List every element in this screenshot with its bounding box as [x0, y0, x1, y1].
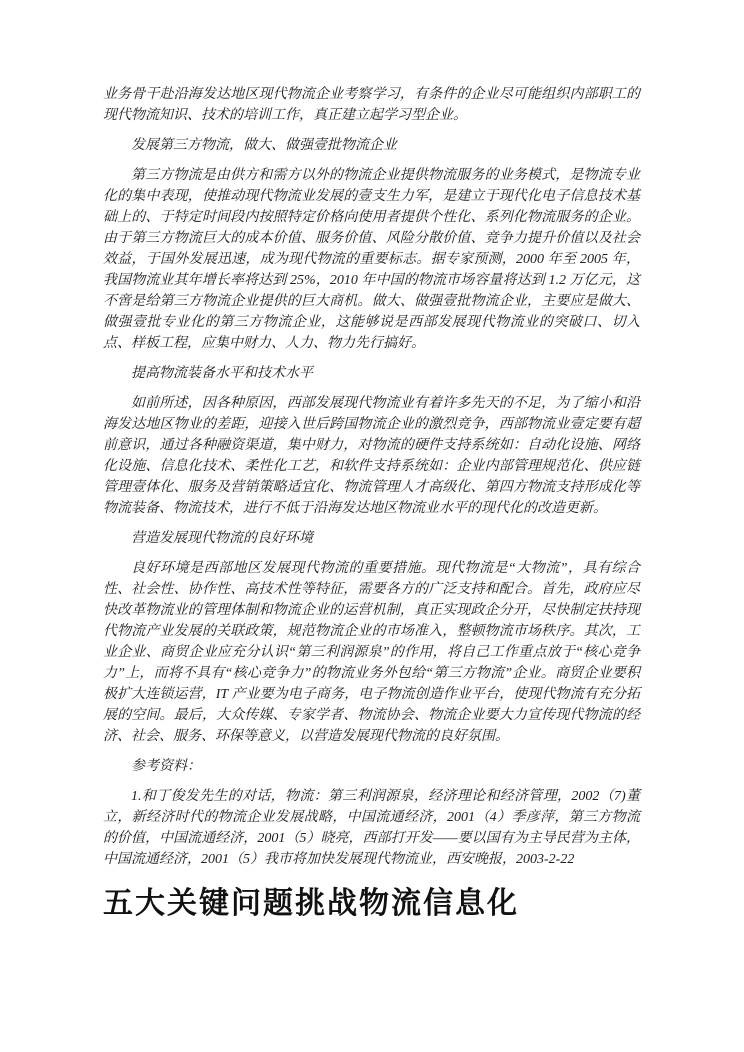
section-body-good-environment: 良好环境是西部地区发展现代物流的重要措施。现代物流是“大物流”，具有综合性、社会…	[103, 558, 640, 747]
section-heading-good-environment: 营造发展现代物流的良好环境	[103, 528, 640, 549]
section-body-third-party-logistics: 第三方物流是由供方和需方以外的物流企业提供物流服务的业务模式，是物流专业化的集中…	[103, 165, 640, 354]
section-heading-third-party-logistics: 发展第三方物流，做大、做强壹批物流企业	[103, 135, 640, 156]
section-heading-equipment-technology: 提高物流装备水平和技术水平	[103, 363, 640, 384]
section-heading-references: 参考资料：	[103, 756, 640, 777]
paragraph-continuation: 业务骨干赴沿海发达地区现代物流企业考察学习，有条件的企业尽可能组织内部职工的现代…	[103, 84, 640, 126]
section-body-equipment-technology: 如前所述，因各种原因，西部发展现代物流业有着许多先天的不足，为了缩小和沿海发达地…	[103, 393, 640, 519]
section-body-references: 1.和丁俊发先生的对话，物流：第三利润源泉，经济理论和经济管理，2002（7)董…	[103, 786, 640, 870]
document-page: 业务骨干赴沿海发达地区现代物流企业考察学习，有条件的企业尽可能组织内部职工的现代…	[0, 0, 744, 1052]
next-article-title: 五大关键问题挑战物流信息化	[103, 884, 640, 924]
